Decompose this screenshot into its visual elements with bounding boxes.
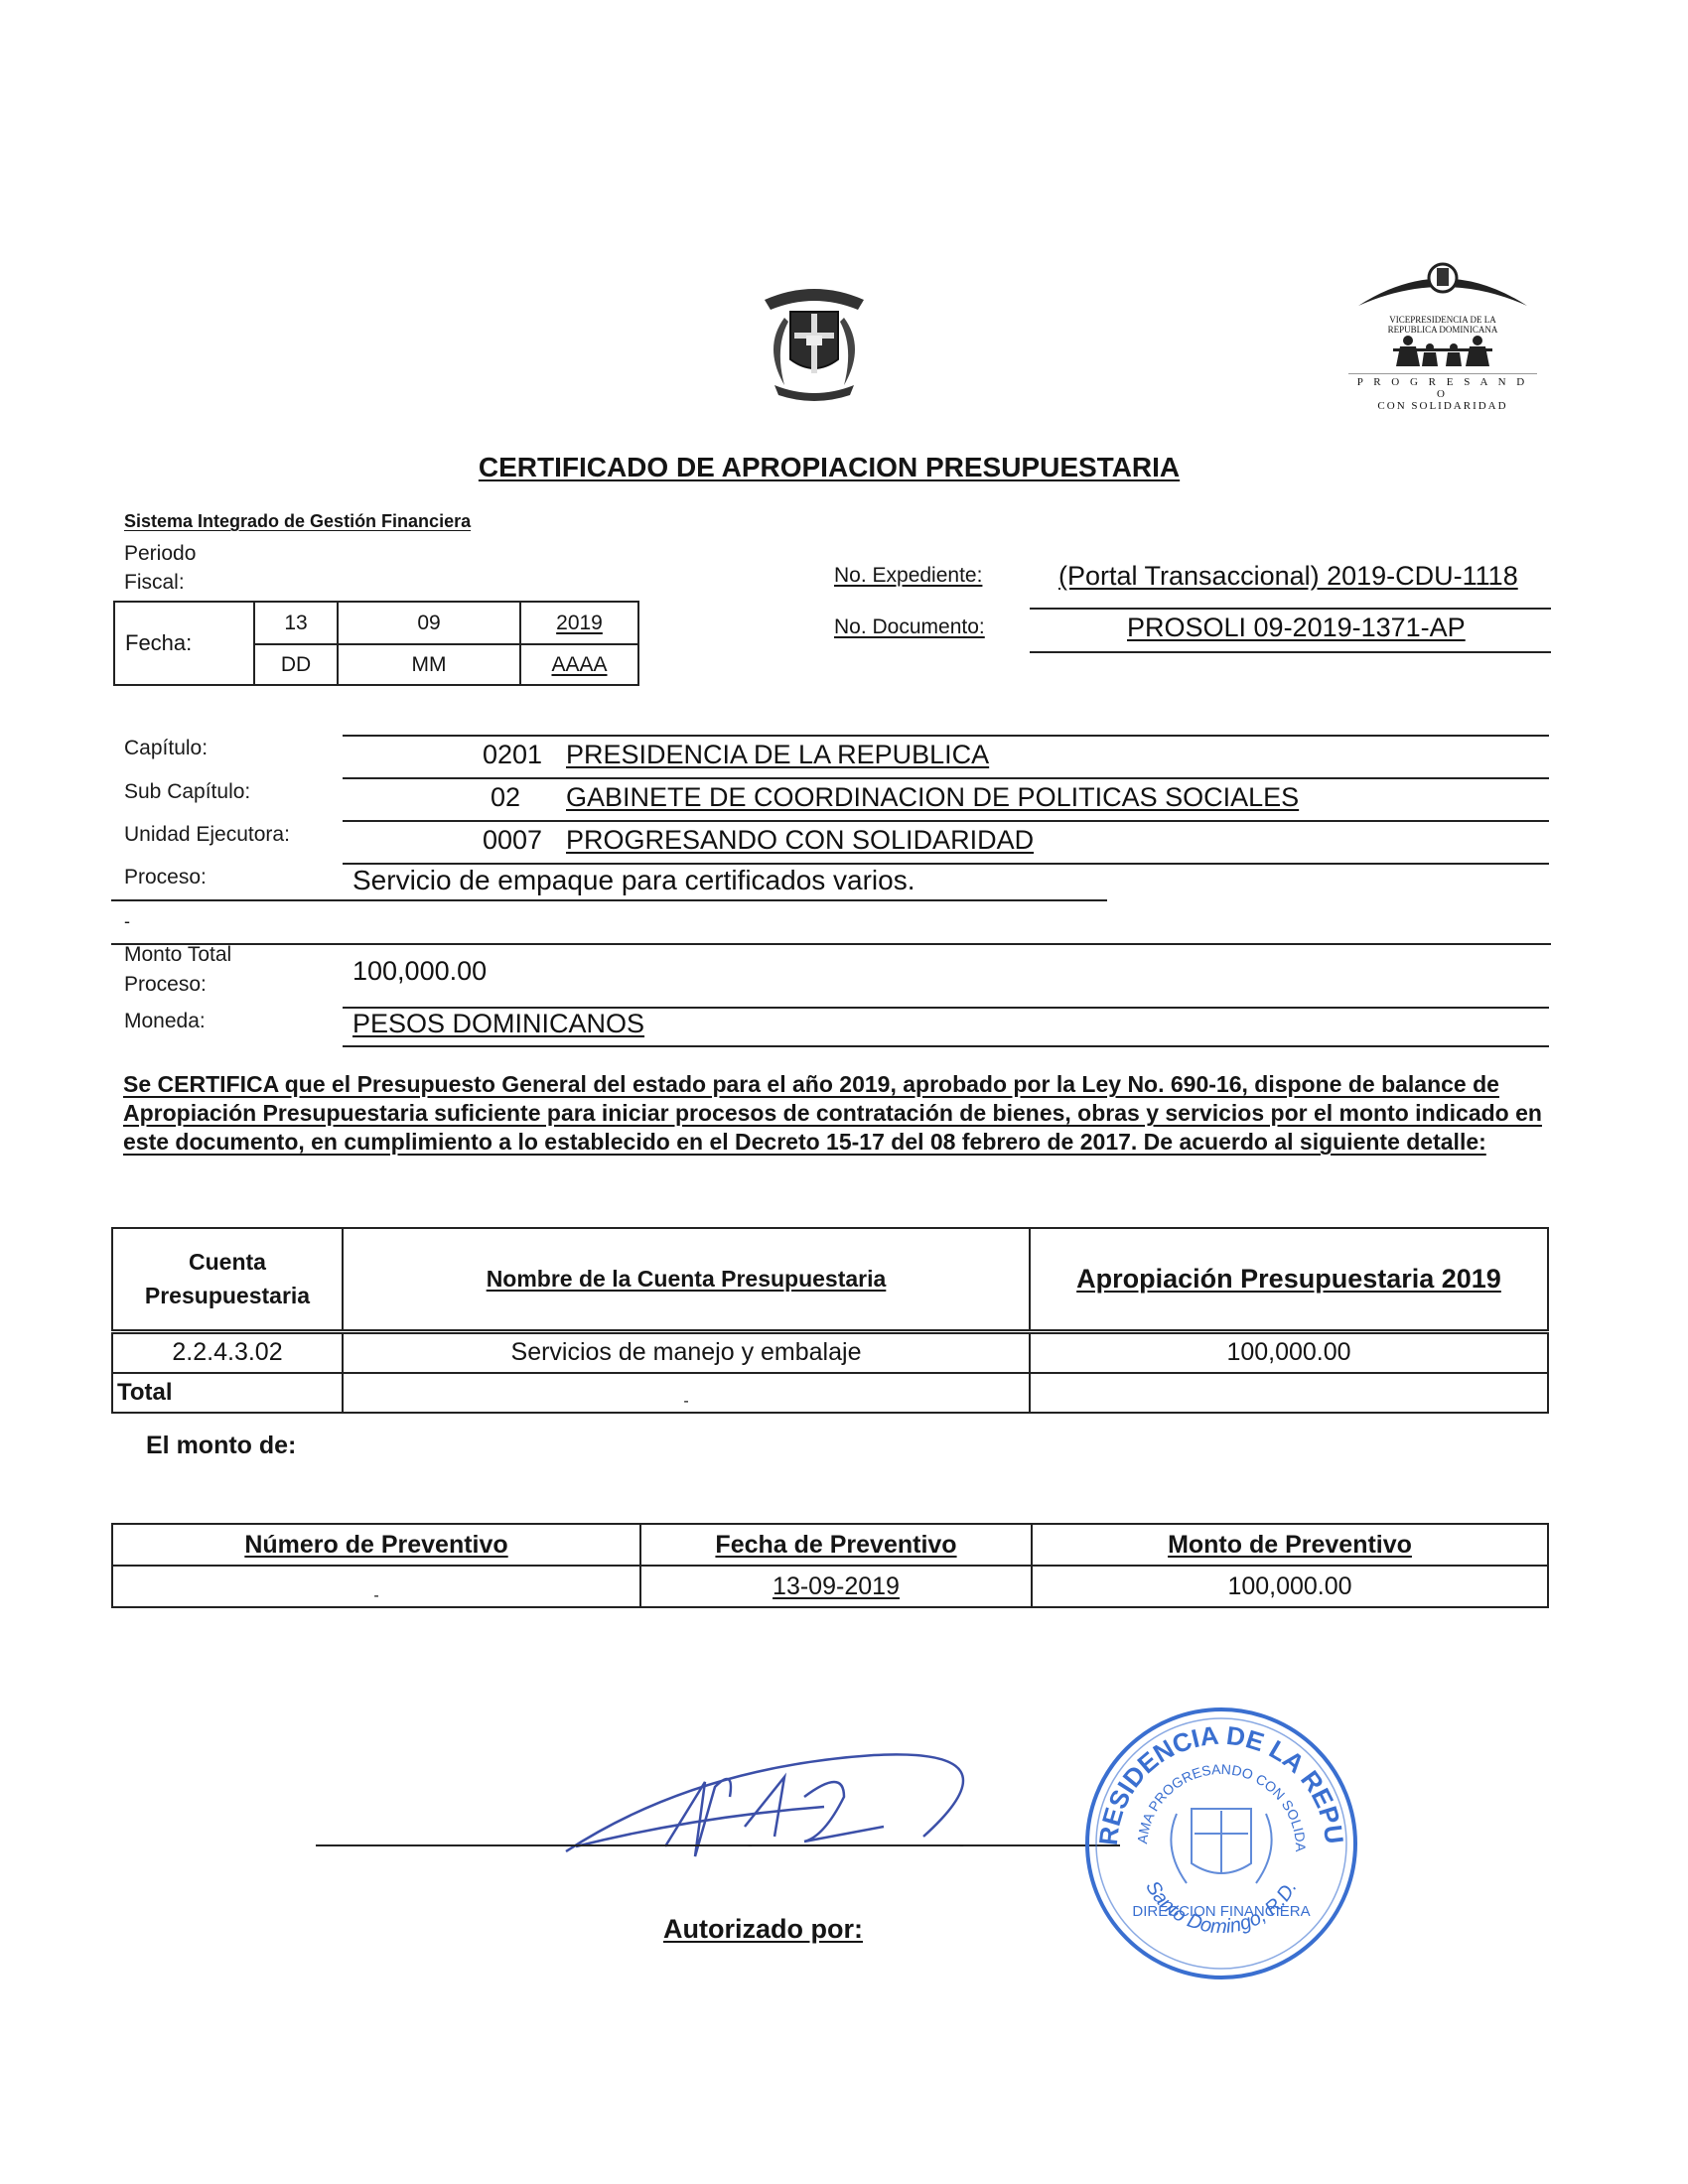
- total-dash: -: [343, 1373, 1030, 1413]
- fecha-year: 2019: [520, 602, 638, 644]
- nombre-cell: Servicios de manejo y embalaje: [343, 1331, 1030, 1373]
- capitulo-code: 0201: [483, 740, 542, 770]
- monto-cell: 100,000.00: [1030, 1331, 1548, 1373]
- signature-dash-2: -: [959, 1837, 964, 1852]
- fecha-day-label: DD: [254, 644, 338, 685]
- header-monto-preventivo: Monto de Preventivo: [1032, 1524, 1548, 1566]
- family-icon: [1388, 335, 1497, 368]
- header-numero-preventivo: Número de Preventivo: [112, 1524, 640, 1566]
- header-fecha-preventivo: Fecha de Preventivo: [640, 1524, 1032, 1566]
- signature-scribble: [546, 1747, 1023, 1871]
- system-name: Sistema Integrado de Gestión Financiera: [124, 511, 471, 532]
- capitulo-name: PRESIDENCIA DE LA REPUBLICA: [566, 740, 989, 770]
- monto-value: 100,000.00: [352, 956, 487, 987]
- budget-table: Cuenta Presupuestaria Nombre de la Cuent…: [111, 1227, 1549, 1414]
- expediente-label: No. Expediente:: [834, 564, 982, 588]
- moneda-value: PESOS DOMINICANOS: [352, 1009, 644, 1039]
- numero-preventivo: -: [112, 1566, 640, 1607]
- subcapitulo-label: Sub Capítulo:: [124, 780, 250, 804]
- unidad-name: PROGRESANDO CON SOLIDARIDAD: [566, 825, 1034, 856]
- documento-label: No. Documento:: [834, 615, 985, 639]
- fecha-table: Fecha: 13 09 2019 DD MM AAAA: [113, 601, 639, 686]
- header-apropiacion: Apropiación Presupuestaria 2019: [1030, 1228, 1548, 1331]
- logo-line3: P R O G R E S A N D O: [1348, 373, 1537, 400]
- proceso-label: Proceso:: [124, 866, 207, 889]
- certification-text: Se CERTIFICA que el Presupuesto General …: [123, 1070, 1553, 1157]
- fecha-month-label: MM: [338, 644, 520, 685]
- dash-marker: -: [124, 911, 130, 932]
- header-cuenta: Cuenta Presupuestaria: [112, 1228, 343, 1331]
- authorized-by-label: Autorizado por:: [663, 1914, 863, 1945]
- logo-line4: CON SOLIDARIDAD: [1348, 400, 1537, 412]
- unidad-code: 0007: [483, 825, 542, 856]
- table-row: 2.2.4.3.02 Servicios de manejo y embalaj…: [112, 1331, 1548, 1373]
- proceso-value: Servicio de empaque para certificados va…: [352, 865, 915, 896]
- documento-value: PROSOLI 09-2019-1371-AP: [1127, 613, 1466, 643]
- logo-line1: VICEPRESIDENCIA DE LA: [1348, 315, 1537, 325]
- total-label: Total: [112, 1373, 343, 1413]
- preventivo-table: Número de Preventivo Fecha de Preventivo…: [111, 1523, 1549, 1608]
- fecha-day: 13: [254, 602, 338, 644]
- unidad-label: Unidad Ejecutora:: [124, 823, 290, 847]
- fecha-year-label: AAAA: [520, 644, 638, 685]
- monto-de-label: El monto de:: [146, 1432, 296, 1460]
- expediente-value: (Portal Transaccional) 2019-CDU-1118: [1058, 561, 1518, 592]
- official-stamp: VICEPRESIDENCIA DE LA REPUBLICA PROGRAMA…: [1077, 1700, 1365, 1987]
- progresando-logo: VICEPRESIDENCIA DE LA REPUBLICA DOMINICA…: [1348, 256, 1537, 412]
- periodo-label-1: Periodo: [124, 542, 196, 566]
- header-nombre: Nombre de la Cuenta Presupuestaria: [343, 1228, 1030, 1331]
- monto-label-2: Proceso:: [124, 973, 207, 997]
- fecha-preventivo: 13-09-2019: [640, 1566, 1032, 1607]
- signature-dash-1: -: [748, 1837, 753, 1852]
- moneda-label: Moneda:: [124, 1010, 206, 1033]
- logo-line2: REPUBLICA DOMINICANA: [1348, 325, 1537, 335]
- subcapitulo-code: 02: [491, 782, 520, 813]
- cuenta-cell: 2.2.4.3.02: [112, 1331, 343, 1373]
- subcapitulo-name: GABINETE DE COORDINACION DE POLITICAS SO…: [566, 782, 1299, 813]
- monto-preventivo: 100,000.00: [1032, 1566, 1548, 1607]
- fecha-label: Fecha:: [114, 602, 254, 685]
- coat-of-arms-emblem: [755, 278, 874, 412]
- periodo-label-2: Fiscal:: [124, 571, 185, 595]
- total-row: Total -: [112, 1373, 1548, 1413]
- document-title: CERTIFICADO DE APROPIACION PRESUPUESTARI…: [0, 452, 1658, 483]
- fecha-month: 09: [338, 602, 520, 644]
- monto-label-1: Monto Total: [124, 943, 231, 967]
- table-row: - 13-09-2019 100,000.00: [112, 1566, 1548, 1607]
- capitulo-label: Capítulo:: [124, 737, 208, 760]
- total-value: [1030, 1373, 1548, 1413]
